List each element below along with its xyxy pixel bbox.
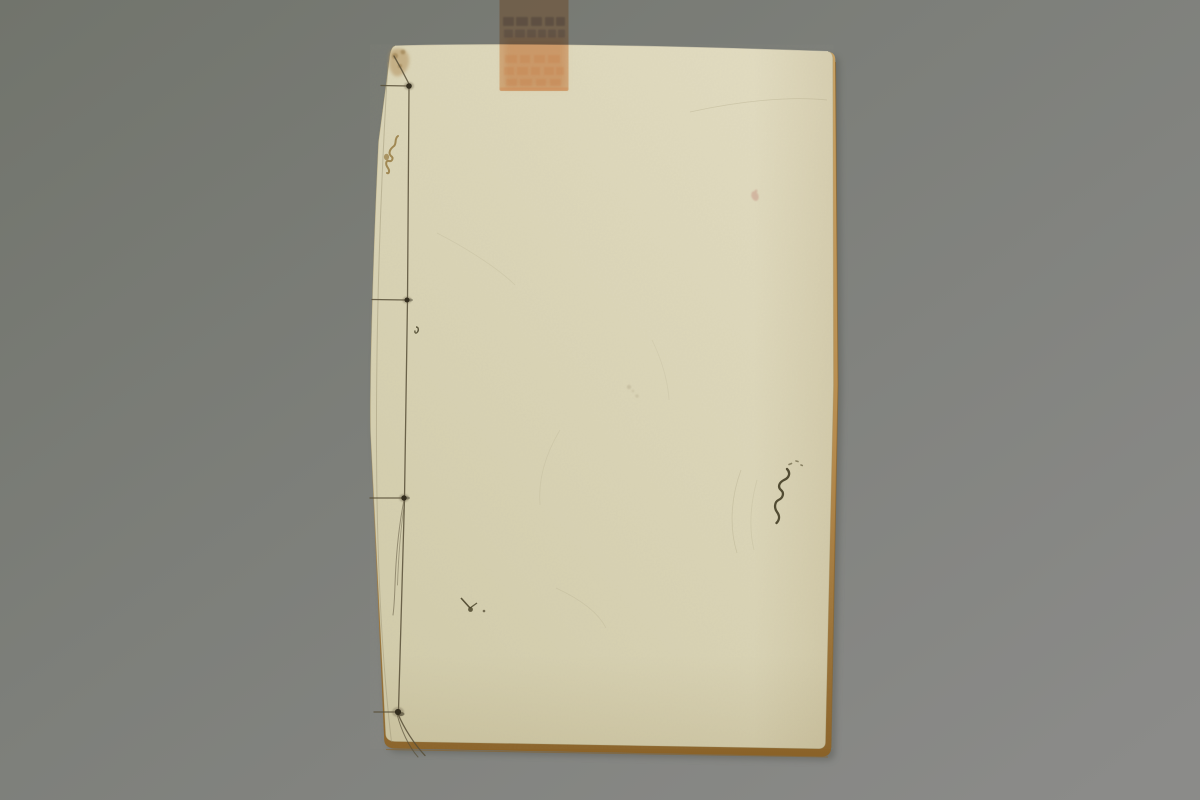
thread-spine-tie-2 <box>372 300 407 301</box>
ink-dot <box>483 610 486 613</box>
cover-shading <box>368 42 838 754</box>
stitch-hole-3-smear <box>404 497 410 500</box>
worm-mark-blob <box>384 154 389 160</box>
photo-stage <box>0 0 1200 800</box>
stitch-hole-4-knot <box>398 712 405 716</box>
stitch-hole-2-smear <box>407 299 413 302</box>
tape-label <box>500 0 569 91</box>
photo-canvas <box>0 0 1200 800</box>
stitch-hole-1 <box>406 83 412 89</box>
tape-bottom-edge <box>500 88 568 91</box>
